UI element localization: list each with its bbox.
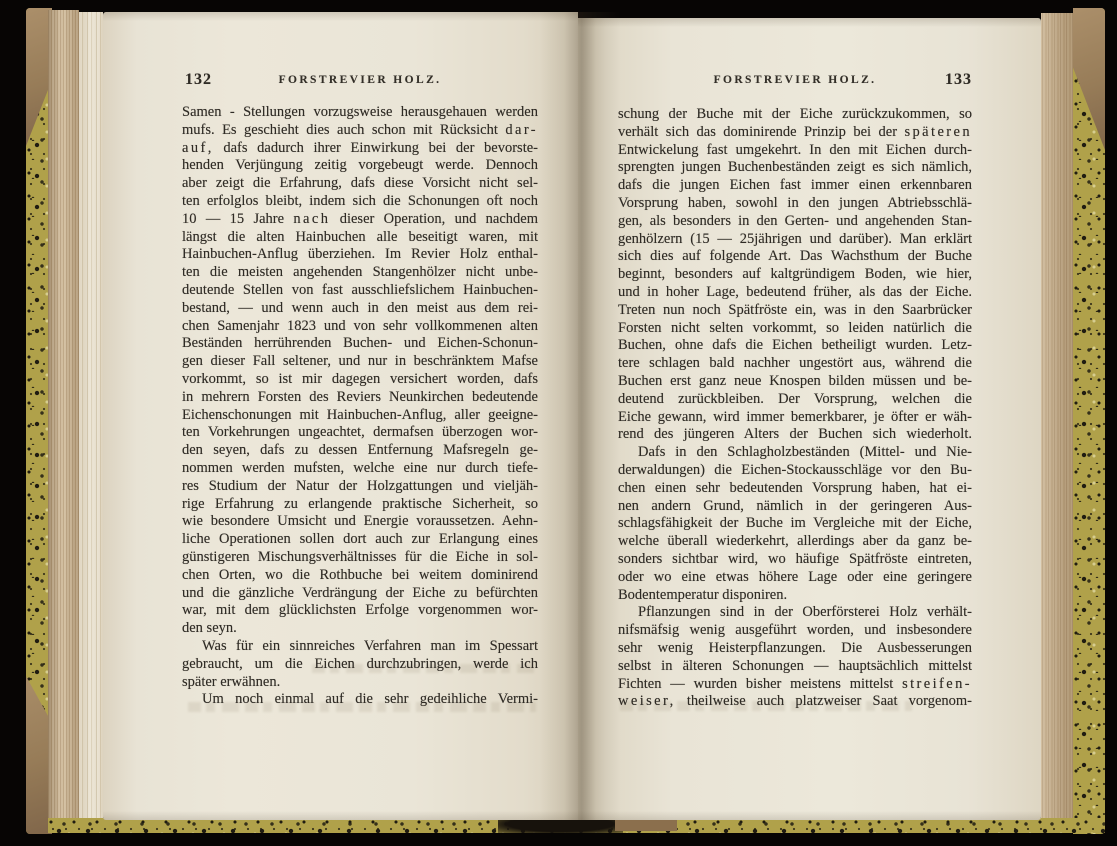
text-segment: deutend zurückbleiben. Der Vorsprung, we… <box>618 391 972 407</box>
text-line: vorkommt, so ist mir dagegen versichert … <box>182 371 538 389</box>
text-line: Fichten — wurden bisher meistens mittels… <box>618 676 972 694</box>
text-segment: nen andern Grund, nämlich in der geringe… <box>618 498 972 514</box>
text-line: ten die meisten angehenden Stangenhölzer… <box>182 264 538 282</box>
text-segment: Eiche gewann, wird immer bemerkbarer, je… <box>618 409 972 425</box>
text-segment: Bodentemperatur disponiren. <box>618 587 787 603</box>
text-segment: dafs dadurch ihrer Einwirkung bei der be… <box>214 140 538 156</box>
text-segment: gen dieser Fall seltener, und nur in bes… <box>182 353 538 369</box>
book-scan: 132 FORSTREVIER HOLZ. FORSTREVIER HOLZ. … <box>0 0 1117 846</box>
text-segment: liche Operationen sollen dort auch zur E… <box>182 531 538 547</box>
text-segment: ten die meisten angehenden Stangenhölzer… <box>182 264 538 280</box>
text-line: beginnt, besonders auf kaltgründigem Bod… <box>618 266 972 284</box>
text-segment: wie besondere Umsicht und Energie voraus… <box>182 513 538 529</box>
text-segment: selbst in älteren Schonungen — hauptsäch… <box>618 658 972 674</box>
text-line: nommen werden mufsten, welche eine nur d… <box>182 460 538 478</box>
text-line: später erwähnen. <box>182 674 538 692</box>
text-line: Bodentemperatur disponiren. <box>618 587 972 605</box>
body-text-left: Samen - Stellungen vorzugsweise herausge… <box>182 104 538 709</box>
text-line: Dafs in den Schlagholzbeständen (Mittel-… <box>618 444 972 462</box>
text-segment: vorkommt, so ist mir dagegen versichert … <box>182 371 538 387</box>
text-segment: Eichenschonungen mit Hainbuchen-Anflug, … <box>182 407 538 423</box>
text-segment: Fichten — wurden bisher meistens mittels… <box>618 676 902 692</box>
text-line: längst die alten Hainbuchen alle beseiti… <box>182 229 538 247</box>
text-segment: gen, als besonders in den Gerten- und an… <box>618 213 972 229</box>
text-line: nen andern Grund, nämlich in der geringe… <box>618 498 972 516</box>
text-segment: Forsten nicht selten vorkommt, so leiden… <box>618 320 972 336</box>
text-segment: bestand, — und wenn auch in den meist au… <box>182 300 538 316</box>
text-segment: ten Vorkehrungen ungeachtet, dermafsen ü… <box>182 424 538 440</box>
text-segment: nommen werden mufsten, welche eine nur d… <box>182 460 538 476</box>
text-segment: Hainbuchen-Anflug überziehen. Im Revier … <box>182 246 538 262</box>
text-segment: derwaldungen) die Eichen-Stockausschläge… <box>618 462 972 478</box>
text-segment: henden Verjüngung zeitig vorgebeugt werd… <box>182 157 538 173</box>
text-segment: dieser Operation, und nachdem <box>330 211 538 227</box>
text-segment: sprengten jungen Buchenbeständen zeigt e… <box>618 159 972 175</box>
emphasized-text: dar- <box>505 122 538 138</box>
text-line: verhält sich das dominirende Prinzip bei… <box>618 124 972 142</box>
text-line: Eiche gewann, wird immer bemerkbarer, je… <box>618 409 972 427</box>
text-segment: dafs die jungen Eichen fast immer einen … <box>618 177 972 193</box>
text-line: deutende Stellen von fast ausschliefslic… <box>182 282 538 300</box>
text-line: auf, dafs dadurch ihrer Einwirkung bei d… <box>182 140 538 158</box>
page-edges-left-inner <box>79 12 103 830</box>
text-segment: Beständen herrührenden Buchen- und Eiche… <box>182 335 538 351</box>
text-line: dafs die jungen Eichen fast immer einen … <box>618 177 972 195</box>
text-line: sehr wenig Heisterpflanzungen. Die Ausbe… <box>618 640 972 658</box>
page-number-right: 133 <box>618 71 972 89</box>
running-header-left: FORSTREVIER HOLZ. <box>182 74 538 86</box>
text-line: wie besondere Umsicht und Energie voraus… <box>182 513 538 531</box>
text-line: chen einen sehr bedeutenden Vorsprung ha… <box>618 480 972 498</box>
text-segment: gebraucht, um die Eichen durchzubringen,… <box>182 656 538 672</box>
text-line: selbst in älteren Schonungen — hauptsäch… <box>618 658 972 676</box>
text-line: deutend zurückbleiben. Der Vorsprung, we… <box>618 391 972 409</box>
text-line: tere schlagen bald nachher ungestört aus… <box>618 355 972 373</box>
page-edges-left-outer <box>48 10 79 832</box>
text-segment: Samen - Stellungen vorzugsweise herausge… <box>182 104 538 120</box>
text-line: und in hoher Lage, bedeutend früher, als… <box>618 284 972 302</box>
text-segment: nifsmäfsig wenig ausgeführt worden, und … <box>618 622 972 638</box>
emphasized-text: streifen- <box>902 676 972 692</box>
text-line: rend des jüngeren Alters der Buchen sich… <box>618 426 972 444</box>
text-segment: genhölzern (15 — 25jährigen und darüber)… <box>618 231 972 247</box>
text-segment: Was für ein sinnreiches Verfahren man im… <box>202 638 538 654</box>
text-line: gen, als besonders in den Gerten- und an… <box>618 213 972 231</box>
text-segment: mufs. Es geschieht dies auch schon mit R… <box>182 122 505 138</box>
text-line: aber zeigt die Erfahrung, dafs diese Vor… <box>182 175 538 193</box>
text-line: ten erfolglos bleibt, indem sich die Sch… <box>182 193 538 211</box>
text-line: Eichenschonungen mit Hainbuchen-Anflug, … <box>182 407 538 425</box>
text-line: mufs. Es geschieht dies auch schon mit R… <box>182 122 538 140</box>
text-line: sprengten jungen Buchenbeständen zeigt e… <box>618 159 972 177</box>
text-segment: schung der Buche mit der Eiche zurückzuk… <box>618 106 972 122</box>
emphasized-text: auf, <box>182 140 214 156</box>
text-line: gebraucht, um die Eichen durchzubringen,… <box>182 656 538 674</box>
text-line: war, mit dem glücklichsten Erfolge vorge… <box>182 602 538 620</box>
text-segment: deutende Stellen von fast ausschliefslic… <box>182 282 538 298</box>
text-line: sonders sichtbar wird, wo häufige Spätfr… <box>618 551 972 569</box>
text-line: sich dies auf folgende Art. Das Wachsthu… <box>618 248 972 266</box>
text-line: weiser, theilweise auch platzweiser Saat… <box>618 693 972 711</box>
text-line: genhölzern (15 — 25jährigen und darüber)… <box>618 231 972 249</box>
text-line: günstigeren Mischungsverhältnisses für d… <box>182 549 538 567</box>
body-text-right: schung der Buche mit der Eiche zurückzuk… <box>618 106 972 711</box>
text-line: Buchen erst ganz neue Knospen bilden müs… <box>618 373 972 391</box>
text-segment: verhält sich das dominirende Prinzip bei… <box>618 124 904 140</box>
text-segment: sonders sichtbar wird, wo häufige Spätfr… <box>618 551 972 567</box>
text-segment: war, mit dem glücklichsten Erfolge vorge… <box>182 602 538 618</box>
text-segment: tere schlagen bald nachher ungestört aus… <box>618 355 972 371</box>
page-edges-right <box>1041 13 1073 832</box>
text-line: oder wo eine etwas höhere Lage oder eine… <box>618 569 972 587</box>
text-line: res Studium der Natur der Holzgattungen … <box>182 478 538 496</box>
text-line: Vorsprung haben, sowohl in den jungen Ab… <box>618 195 972 213</box>
text-segment: Buchen erst ganz neue Knospen bilden müs… <box>618 373 972 389</box>
text-line: Forsten nicht selten vorkommt, so leiden… <box>618 320 972 338</box>
text-segment: chen Orten, wo die Rothbuche bei weitem … <box>182 567 538 583</box>
text-line: Entwickelung fast umgekehrt. In den mit … <box>618 142 972 160</box>
text-line: in mehrern Forsten des Reviers Neunkirch… <box>182 389 538 407</box>
text-segment: den seyn. <box>182 620 237 636</box>
text-line: Treten nun noch Spätfröste ein, was in d… <box>618 302 972 320</box>
text-segment: sich dies auf folgende Art. Das Wachsthu… <box>618 248 972 264</box>
text-line: henden Verjüngung zeitig vorgebeugt werd… <box>182 157 538 175</box>
emphasized-text: späteren <box>904 124 972 140</box>
text-segment: in mehrern Forsten des Reviers Neunkirch… <box>182 389 538 405</box>
text-segment: günstigeren Mischungsverhältnisses für d… <box>182 549 538 565</box>
text-segment: res Studium der Natur der Holzgattungen … <box>182 478 538 494</box>
text-segment: Vorsprung haben, sowohl in den jungen Ab… <box>618 195 972 211</box>
text-line: schung der Buche mit der Eiche zurückzuk… <box>618 106 972 124</box>
text-line: nifsmäfsig wenig ausgeführt worden, und … <box>618 622 972 640</box>
text-segment: Dafs in den Schlagholzbeständen (Mittel-… <box>638 444 972 460</box>
text-line: rige Erfahrung zu erlangende praktische … <box>182 496 538 514</box>
text-segment: chen Samenjahr 1823 und von sehr vollkom… <box>182 318 538 334</box>
text-segment: oder wo eine etwas höhere Lage oder eine… <box>618 569 972 585</box>
text-segment: theilweise auch platzweiser Saat vorgeno… <box>676 693 972 709</box>
text-line: Pflanzungen sind in der Oberförsterei Ho… <box>618 604 972 622</box>
text-segment: 10 — 15 Jahre <box>182 211 293 227</box>
text-segment: später erwähnen. <box>182 674 280 690</box>
text-line: Hainbuchen-Anflug überziehen. Im Revier … <box>182 246 538 264</box>
text-line: Samen - Stellungen vorzugsweise herausge… <box>182 104 538 122</box>
text-segment: den seyen, dafs zu dessen Entfernung Maf… <box>182 442 538 458</box>
text-segment: welche überall wiederkehrt, allerdings a… <box>618 533 972 549</box>
text-segment: schlagsfähigkeit der Buche im Vergleiche… <box>618 515 972 531</box>
text-line: ten Vorkehrungen ungeachtet, dermafsen ü… <box>182 424 538 442</box>
text-segment: Buchen, ohne dafs die Eichen betheiligt … <box>618 337 972 353</box>
text-segment: rige Erfahrung zu erlangende praktische … <box>182 496 538 512</box>
emphasized-text: nach <box>293 211 330 227</box>
text-line: liche Operationen sollen dort auch zur E… <box>182 531 538 549</box>
text-segment: chen einen sehr bedeutenden Vorsprung ha… <box>618 480 972 496</box>
text-line: 10 — 15 Jahre nach dieser Operation, und… <box>182 211 538 229</box>
text-line: derwaldungen) die Eichen-Stockausschläge… <box>618 462 972 480</box>
text-line: gen dieser Fall seltener, und nur in bes… <box>182 353 538 371</box>
text-line: chen Samenjahr 1823 und von sehr vollkom… <box>182 318 538 336</box>
text-segment: Entwickelung fast umgekehrt. In den mit … <box>618 142 972 158</box>
text-line: den seyen, dafs zu dessen Entfernung Maf… <box>182 442 538 460</box>
text-line: Beständen herrührenden Buchen- und Eiche… <box>182 335 538 353</box>
text-line: Was für ein sinnreiches Verfahren man im… <box>182 638 538 656</box>
text-line: und die gänzliche Verdrängung der Eiche … <box>182 585 538 603</box>
text-segment: sehr wenig Heisterpflanzungen. Die Ausbe… <box>618 640 972 656</box>
text-segment: aber zeigt die Erfahrung, dafs diese Vor… <box>182 175 538 191</box>
text-line: chen Orten, wo die Rothbuche bei weitem … <box>182 567 538 585</box>
text-segment: ten erfolglos bleibt, indem sich die Sch… <box>182 193 538 209</box>
text-segment: rend des jüngeren Alters der Buchen sich… <box>618 426 972 442</box>
text-segment: Pflanzungen sind in der Oberförsterei Ho… <box>638 604 972 620</box>
text-segment: Um noch einmal auf die sehr gedeihliche … <box>202 691 538 707</box>
text-segment: längst die alten Hainbuchen alle beseiti… <box>182 229 538 245</box>
text-segment: beginnt, besonders auf kaltgründigem Bod… <box>618 266 972 282</box>
text-line: schlagsfähigkeit der Buche im Vergleiche… <box>618 515 972 533</box>
text-line: Um noch einmal auf die sehr gedeihliche … <box>182 691 538 709</box>
text-line: Buchen, ohne dafs die Eichen betheiligt … <box>618 337 972 355</box>
bottom-gutter-shadow <box>498 818 623 833</box>
emphasized-text: weiser, <box>618 693 676 709</box>
text-segment: und die gänzliche Verdrängung der Eiche … <box>182 585 538 601</box>
text-segment: und in hoher Lage, bedeutend früher, als… <box>618 284 972 300</box>
text-line: bestand, — und wenn auch in den meist au… <box>182 300 538 318</box>
text-segment: Treten nun noch Spätfröste ein, was in d… <box>618 302 972 318</box>
text-line: welche überall wiederkehrt, allerdings a… <box>618 533 972 551</box>
text-line: den seyn. <box>182 620 538 638</box>
